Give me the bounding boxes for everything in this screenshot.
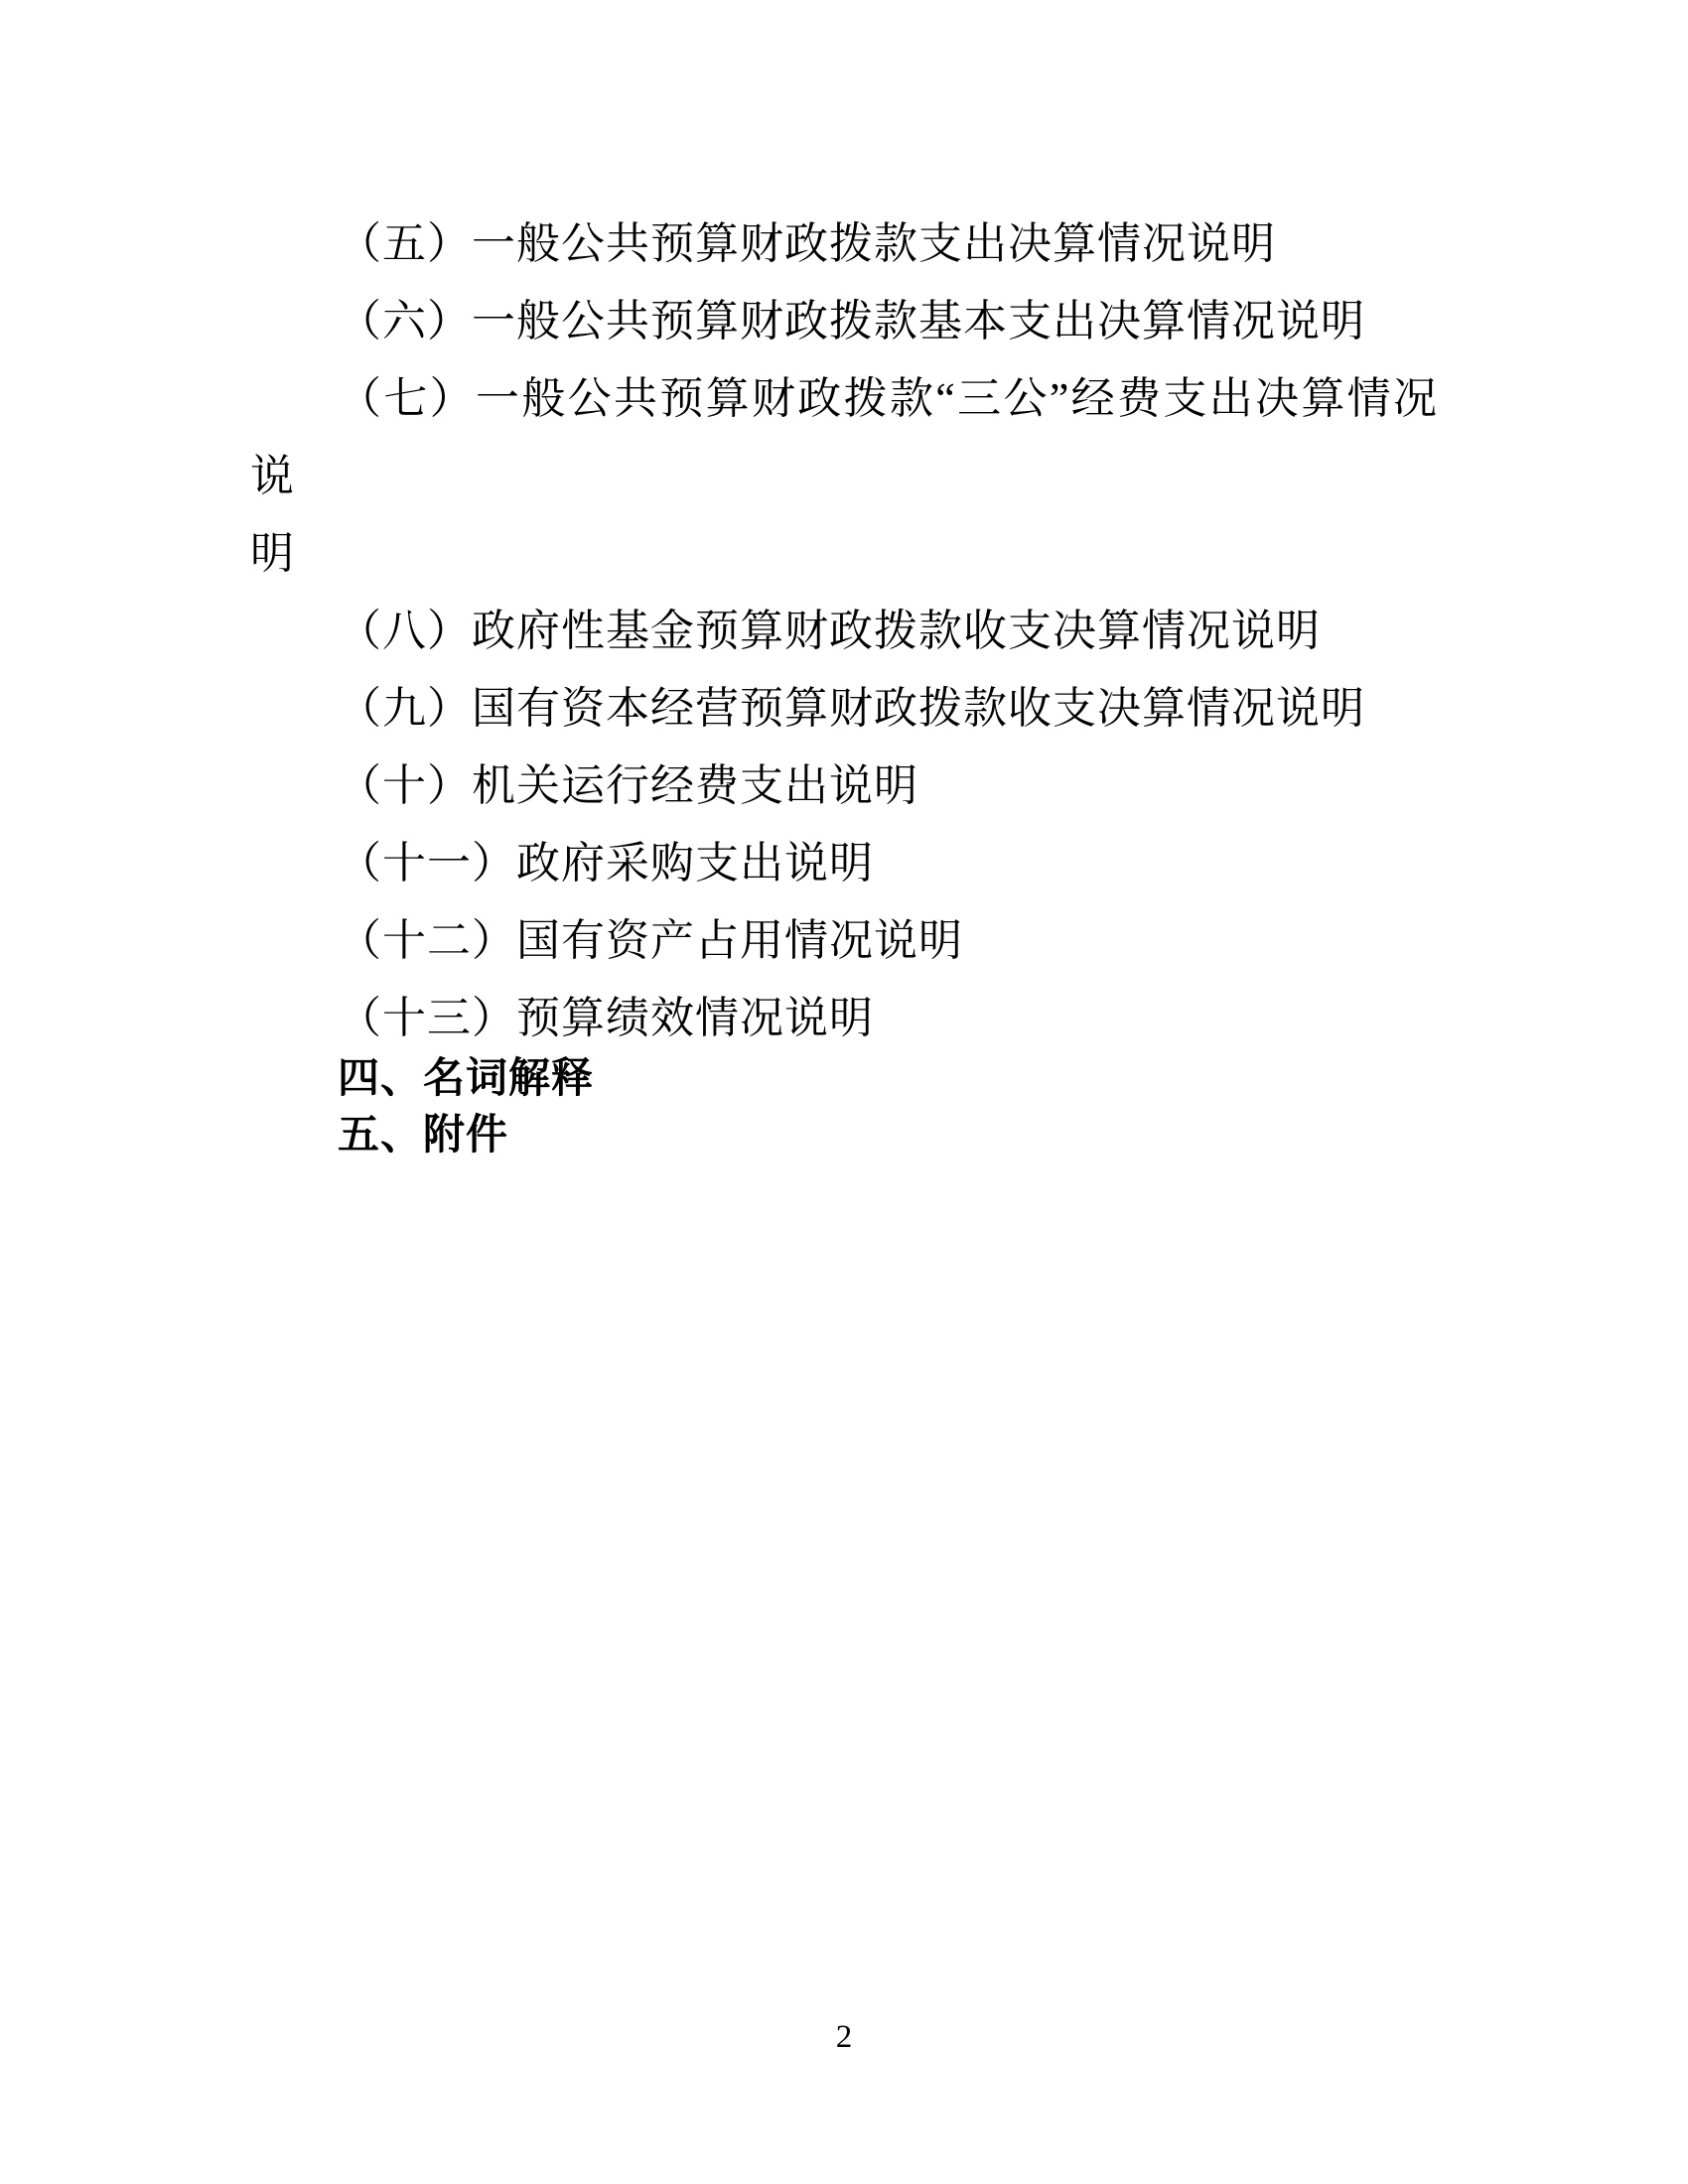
section-heading-5: 五、附件	[250, 1106, 1438, 1162]
toc-line-item-13: （十三）预算绩效情况说明	[250, 980, 1438, 1057]
document-page: （五）一般公共预算财政拨款支出决算情况说明 （六）一般公共预算财政拨款基本支出决…	[0, 0, 1688, 2184]
toc-line-item-6: （六）一般公共预算财政拨款基本支出决算情况说明	[250, 283, 1438, 360]
toc-line-item-7: （七）一般公共预算财政拨款“三公”经费支出决算情况说	[250, 360, 1438, 515]
toc-line-item-9: （九）国有资本经营预算财政拨款收支决算情况说明	[250, 670, 1438, 748]
toc-content: （五）一般公共预算财政拨款支出决算情况说明 （六）一般公共预算财政拨款基本支出决…	[250, 205, 1438, 1162]
toc-line-item-12: （十二）国有资产占用情况说明	[250, 902, 1438, 980]
toc-line-item-10: （十）机关运行经费支出说明	[250, 748, 1438, 825]
toc-line-item-7-continuation: 明	[250, 515, 1438, 593]
toc-line-item-11: （十一）政府采购支出说明	[250, 825, 1438, 902]
page-number: 2	[0, 2015, 1688, 2059]
section-heading-4: 四、名词解释	[250, 1049, 1438, 1106]
toc-line-item-5: （五）一般公共预算财政拨款支出决算情况说明	[250, 205, 1438, 283]
toc-line-item-8: （八）政府性基金预算财政拨款收支决算情况说明	[250, 593, 1438, 670]
